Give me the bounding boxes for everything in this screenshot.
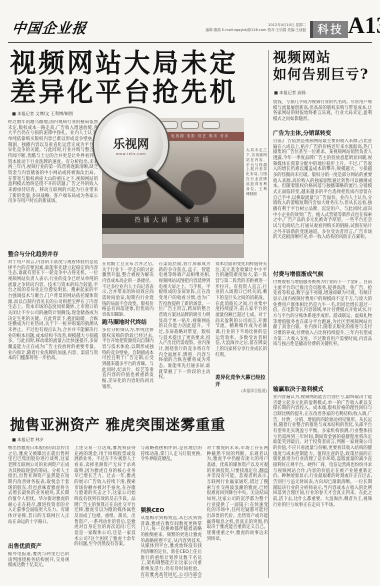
lower-col1-subhead: 跑马圈地时代终结 (102, 318, 154, 326)
photo-caption: 大局未定之下,各视频网站在内容、平台与终端上展开差异化布局,力图在行业洗牌前抢得… (246, 148, 267, 230)
lower-col2-paragraph: 在渠道层面,客厅屏幕成为新的争夺焦点,盒子、智能电视等终端产品相继亮相,视频网站… (159, 262, 211, 402)
main-lower-columns: 在优酷土豆宣布合并之后,关于行业下一步走向的讨论骤然升温,整合被视为解决内容成本… (102, 262, 267, 402)
edition-info: 2012年4月10日 星期二 编辑:康源 E-mail:zgqybkj@126.… (178, 23, 306, 34)
bottom-col1-paragraph2: 据外电报道,雅虎与阿里巴巴的谈判围绕税务结构展开,交易规模或达数十亿美元。 (8, 552, 69, 578)
main-lower-col3: 资本层面的变化同样值得关注,美元基金收紧让中小平台的融资难度加大,第一阵营与第二… (215, 262, 267, 402)
right-headline-line1: 视频网站 (273, 50, 372, 67)
lower-col1-paragraph: 在优酷土豆宣布合并之后,关于行业下一步走向的讨论骤然升温,整合被视为解决内容成本… (102, 262, 154, 316)
newspaper-page: 中国企业报 2012年4月10日 星期二 编辑:康源 E-mail:zgqybk… (0, 0, 380, 586)
main-col1-subhead: 整合与分化趋势并存 (8, 250, 98, 258)
site-logo: 乐视网 (113, 135, 149, 152)
bottom-col4-paragraph: 对于雅虎的未来,市场上存在两种截然不同的判断。乐观者认为,雅虎手中仍握有庞大的用… (207, 446, 268, 580)
nav-pill-icon (181, 121, 199, 129)
page-number: A13 (348, 13, 380, 39)
bottom-col2-paragraph: 上述交易一旦达成,雅虎将获得充裕的现金,用于回购股票或发展新业务。不过在不少观察… (74, 446, 135, 580)
main-col1-paragraph: 经过数年的跑马圈地,国内视频行业的格局依然未定,版权成本一路走高,广告收入增速放… (8, 120, 98, 248)
main-col1-paragraph2: 对于用户而言,内容的丰富度与观看体验仍是选择平台的首要因素,谁能率先建立起稳定的… (8, 260, 98, 398)
site-url: www.letv.com (116, 152, 146, 156)
bottom-columns: 继出售雅虎日本股份的消息传出之后,雅虎又被曝出正就出售阿里巴巴集团股份进行谈判,… (8, 446, 268, 580)
bottom-col4: 对于雅虎的未来,市场上存在两种截然不同的判断。乐观者认为,雅虎手中仍握有庞大的用… (207, 446, 268, 580)
bottom-col3-subhead: 频换CEO (141, 506, 202, 514)
column-divider (268, 50, 269, 578)
right-paragraph-3: 付费观看与增值服务被视为行业的下一个金矿。目前主流平台均已推出会员服务,提供高清… (273, 280, 372, 382)
bottom-col3-paragraph: 与战略摇摆相伴的,是管理层的持续动荡,掌门人走马灯般更换,令外界眼花缭乱。 (141, 446, 202, 504)
right-byline: ■ 本报记者 高扬 (274, 90, 372, 96)
editor-credits: 编辑:康源 E-mail:zgqybkj@126.com 校对:王培娟 美编:王… (178, 28, 306, 33)
main-column-1: 经过数年的跑马圈地,国内视频行业的格局依然未定,版权成本一路走高,广告收入增速放… (8, 120, 98, 402)
main-headline-line1: 视频网站大局未定 (10, 50, 238, 78)
lower-col3-closing-line: 差异化竞争大幕已经拉开 (215, 374, 267, 388)
header-rule (8, 42, 372, 43)
main-byline: ■ 本报记者 文博/文 王利博/制图 (12, 111, 73, 117)
right-article: 视频网站 如何告别巨亏? ■ 本报记者 高扬 烧钱、亏损几乎成为视频行业的代名词… (273, 50, 372, 578)
magnifier-icon: 乐视网 www.letv.com (94, 108, 168, 182)
bottom-col3-paragraph2: 从塞梅尔到杨致远,从巴茨到汤普森,雅虎在数年间数度更换掌门人,每一次换帅都伴随着… (141, 516, 202, 578)
newspaper-masthead: 中国企业报 (11, 18, 88, 38)
right-subhead-1: 广告为主体,分销谋转变 (273, 129, 372, 137)
main-lower-col1: 在优酷土豆宣布合并之后,关于行业下一步走向的讨论骤然升温,整合被视为解决内容成本… (102, 262, 154, 402)
bottom-col2: 上述交易一旦达成,雅虎将获得充裕的现金,用于回购股票或发展新业务。不过在不少观察… (74, 446, 135, 580)
bottom-col3: 与战略摇摆相伴的,是管理层的持续动荡,掌门人走马灯般更换,令外界眼花缭乱。 频换… (141, 446, 202, 580)
right-subhead-2: 付费与增值渐成气候 (273, 270, 372, 278)
bottom-col1-subhead: 出售优质资产 (8, 542, 69, 550)
bottom-col1-paragraph: 继出售雅虎日本股份的消息传出之后,雅虎又被曝出正就出售阿里巴巴集团股份进行谈判,… (8, 446, 69, 540)
photo-overlay-text: 热播大剧 独家首播 (102, 214, 244, 228)
lower-col3-source: (本报综合报道) (215, 388, 267, 394)
bottom-col1: 继出售雅虎日本股份的消息传出之后,雅虎又被曝出正就出售阿里巴巴集团股份进行谈判,… (8, 446, 69, 580)
bottom-headline: 抛售亚洲资产 雅虎突围迷雾重重 (10, 414, 226, 435)
right-paragraph-4: 业内普遍认为,视频网站能否告别巨亏,最终取决于能否建立起多元化的盈利模式,单一的… (273, 395, 372, 563)
website-footer-strip (102, 244, 244, 258)
bottom-byline: ■ 本报记者 林夕 (12, 437, 44, 443)
nav-pill-icon (202, 121, 220, 129)
section-label: 科技 (310, 21, 348, 38)
article-photo: 首页 电视剧 电影 综艺 娱乐 音乐 热播大剧 独家首播 乐视网 www.let… (102, 118, 244, 258)
lower-col1-paragraph2: 多位分析师认为,单纯比拼版权采购的阶段已经过去,平台开始把资源投向自制内容与技术… (102, 328, 154, 398)
main-headline-line2: 差异化平台抢先机 (10, 79, 238, 107)
right-paragraph-1: 烧钱、亏损几乎成为视频行业的代名词。尽管用户规模与流量屡创新高,但高昂的版权采购… (273, 100, 372, 126)
lower-col3-paragraph: 资本层面的变化同样值得关注,美元基金收紧让中小平台的融资难度加大,第一阵营与第二… (215, 262, 267, 374)
main-lower-col2: 在渠道层面,客厅屏幕成为新的争夺焦点,盒子、智能电视等终端产品相继亮相,视频网站… (159, 262, 211, 402)
right-subhead-3: 输赢取决于盈利模式 (273, 385, 372, 393)
right-paragraph-2: 目前,广告依然是视频网站最主要的收入来源,占比普遍在八成以上,贴片广告的价格近年… (273, 139, 372, 267)
right-headline-line2: 如何告别巨亏? (273, 67, 372, 84)
